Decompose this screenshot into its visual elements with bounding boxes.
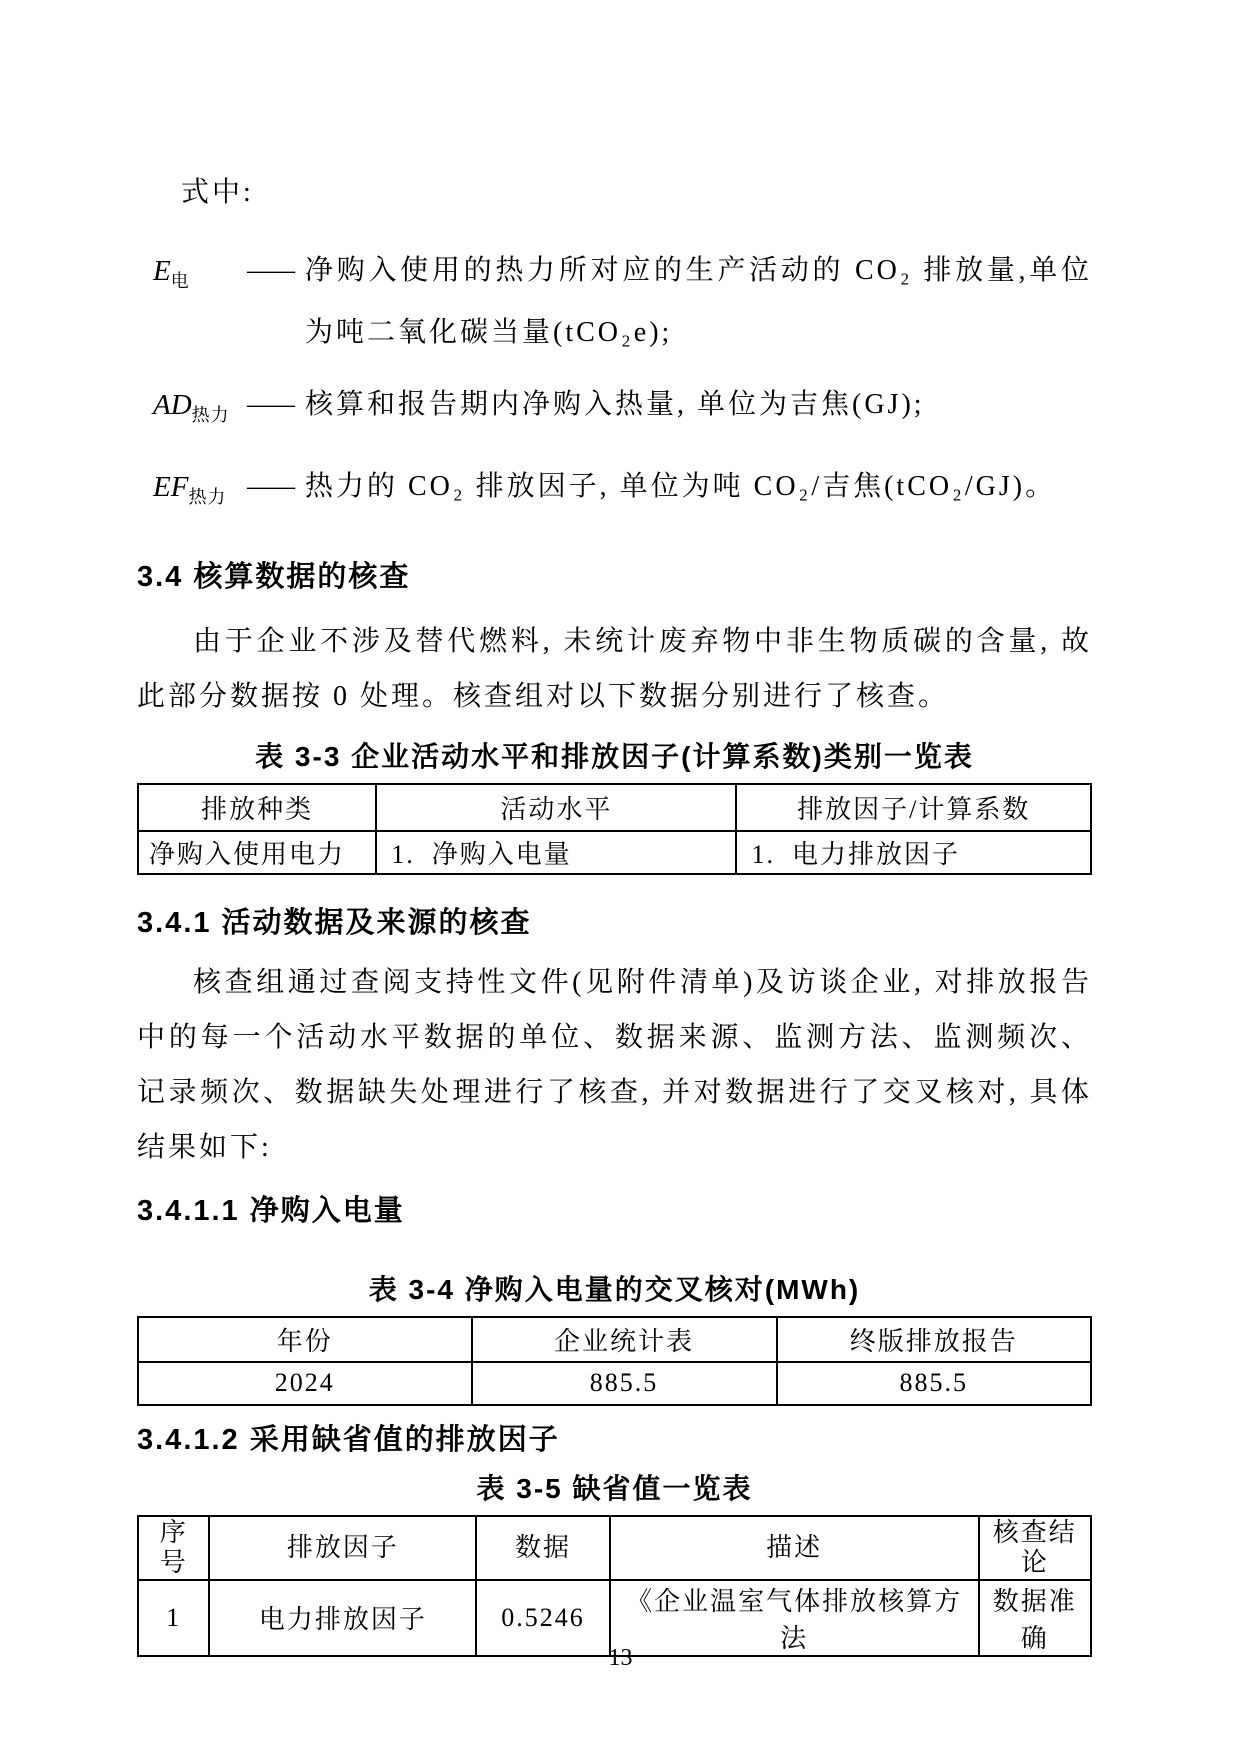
definition-symbol: EF热力 bbox=[137, 456, 237, 528]
table-3-5-title: 表 3-5 缺省值一览表 bbox=[137, 1468, 1092, 1510]
table-3-3-header-cell: 活动水平 bbox=[376, 784, 736, 831]
table-3-3-header-row: 排放种类 活动水平 排放因子/计算系数 bbox=[138, 784, 1091, 831]
section-3-4-paragraph: 由于企业不涉及替代燃料, 未统计废弃物中非生物质碳的含量, 故此部分数据按 0 … bbox=[137, 614, 1092, 724]
table-3-3-header-cell: 排放种类 bbox=[138, 784, 376, 831]
definition-item-ef-heat: EF热力 — 热力的 CO₂ 排放因子, 单位为吨 CO₂/吉焦(tCO₂/GJ… bbox=[137, 456, 1092, 528]
definition-symbol: AD热力 bbox=[137, 374, 237, 446]
table-3-3: 排放种类 活动水平 排放因子/计算系数 净购入使用电力 1. 净购入电量 1. … bbox=[137, 783, 1092, 875]
table-3-4-cell: 885.5 bbox=[777, 1362, 1092, 1405]
table-3-4-header-cell: 企业统计表 bbox=[472, 1317, 777, 1362]
table-3-3-header-cell: 排放因子/计算系数 bbox=[736, 784, 1091, 831]
table-3-4-title: 表 3-4 净购入电量的交叉核对(MWh) bbox=[137, 1269, 1092, 1311]
table-3-5: 序号 排放因子 数据 描述 核查结论 1 电力排放因子 0.5246 《企业温室… bbox=[137, 1515, 1092, 1657]
table-3-3-data-row: 净购入使用电力 1. 净购入电量 1. 电力排放因子 bbox=[138, 831, 1091, 874]
table-3-4-data-row: 2024 885.5 885.5 bbox=[138, 1362, 1091, 1405]
dash-glyph: — bbox=[247, 374, 295, 436]
table-3-4-header-row: 年份 企业统计表 终版排放报告 bbox=[138, 1317, 1091, 1362]
symbol-subscript: 热力 bbox=[188, 487, 226, 507]
symbol-letter: EF bbox=[153, 471, 188, 503]
section-heading-3-4-1-2: 3.4.1.2 采用缺省值的排放因子 bbox=[137, 1418, 1092, 1462]
table-3-4-cell: 2024 bbox=[138, 1362, 472, 1405]
dash-glyph: — bbox=[247, 456, 295, 518]
definition-dash: — bbox=[237, 240, 305, 302]
table-3-3-title: 表 3-3 企业活动水平和排放因子(计算系数)类别一览表 bbox=[137, 736, 1092, 778]
symbol-letter: AD bbox=[153, 389, 192, 421]
table-3-5-header-cell: 数据 bbox=[476, 1516, 609, 1580]
section-heading-3-4-1: 3.4.1 活动数据及来源的核查 bbox=[137, 901, 1092, 945]
table-3-5-header-row: 序号 排放因子 数据 描述 核查结论 bbox=[138, 1516, 1091, 1580]
table-3-5-header-cell: 排放因子 bbox=[209, 1516, 476, 1580]
section-3-4-1-paragraph: 核查组通过查阅支持性文件(见附件清单)及访谈企业, 对排放报告中的每一个活动水平… bbox=[137, 955, 1092, 1175]
formula-intro: 式中: bbox=[137, 172, 1092, 214]
symbol-definition-list: E电 — 净购入使用的热力所对应的生产活动的 CO₂ 排放量,单位为吨二氧化碳当… bbox=[137, 240, 1092, 528]
table-3-5-header-cell: 序号 bbox=[138, 1516, 209, 1580]
definition-text: 热力的 CO₂ 排放因子, 单位为吨 CO₂/吉焦(tCO₂/GJ)。 bbox=[305, 456, 1092, 518]
page-content: 式中: E电 — 净购入使用的热力所对应的生产活动的 CO₂ 排放量,单位为吨二… bbox=[0, 172, 1241, 1657]
definition-text: 核算和报告期内净购入热量, 单位为吉焦(GJ); bbox=[305, 374, 1092, 436]
table-3-3-cell: 净购入使用电力 bbox=[138, 831, 376, 874]
definition-item-e-elec: E电 — 净购入使用的热力所对应的生产活动的 CO₂ 排放量,单位为吨二氧化碳当… bbox=[137, 240, 1092, 364]
definition-text: 净购入使用的热力所对应的生产活动的 CO₂ 排放量,单位为吨二氧化碳当量(tCO… bbox=[305, 240, 1092, 364]
table-3-3-cell: 1. 净购入电量 bbox=[376, 831, 736, 874]
definition-dash: — bbox=[237, 374, 305, 436]
document-page: { "formula_intro": "式中:", "definitions":… bbox=[0, 0, 1241, 1755]
definition-item-ad-heat: AD热力 — 核算和报告期内净购入热量, 单位为吉焦(GJ); bbox=[137, 374, 1092, 446]
table-3-5-header-cell: 核查结论 bbox=[979, 1516, 1091, 1580]
table-3-4: 年份 企业统计表 终版排放报告 2024 885.5 885.5 bbox=[137, 1316, 1092, 1406]
table-3-5-header-cell: 描述 bbox=[610, 1516, 979, 1580]
page-number: 13 bbox=[0, 1645, 1241, 1672]
table-3-4-header-cell: 终版排放报告 bbox=[777, 1317, 1092, 1362]
definition-dash: — bbox=[237, 456, 305, 518]
symbol-subscript: 热力 bbox=[192, 405, 230, 425]
dash-glyph: — bbox=[247, 240, 295, 302]
symbol-subscript: 电 bbox=[171, 271, 190, 291]
section-heading-3-4: 3.4 核算数据的核查 bbox=[137, 554, 1092, 600]
section-heading-3-4-1-1: 3.4.1.1 净购入电量 bbox=[137, 1189, 1092, 1233]
symbol-letter: E bbox=[153, 255, 171, 287]
definition-symbol: E电 bbox=[137, 240, 237, 312]
table-3-4-cell: 885.5 bbox=[472, 1362, 777, 1405]
table-3-4-header-cell: 年份 bbox=[138, 1317, 472, 1362]
table-3-3-cell: 1. 电力排放因子 bbox=[736, 831, 1091, 874]
